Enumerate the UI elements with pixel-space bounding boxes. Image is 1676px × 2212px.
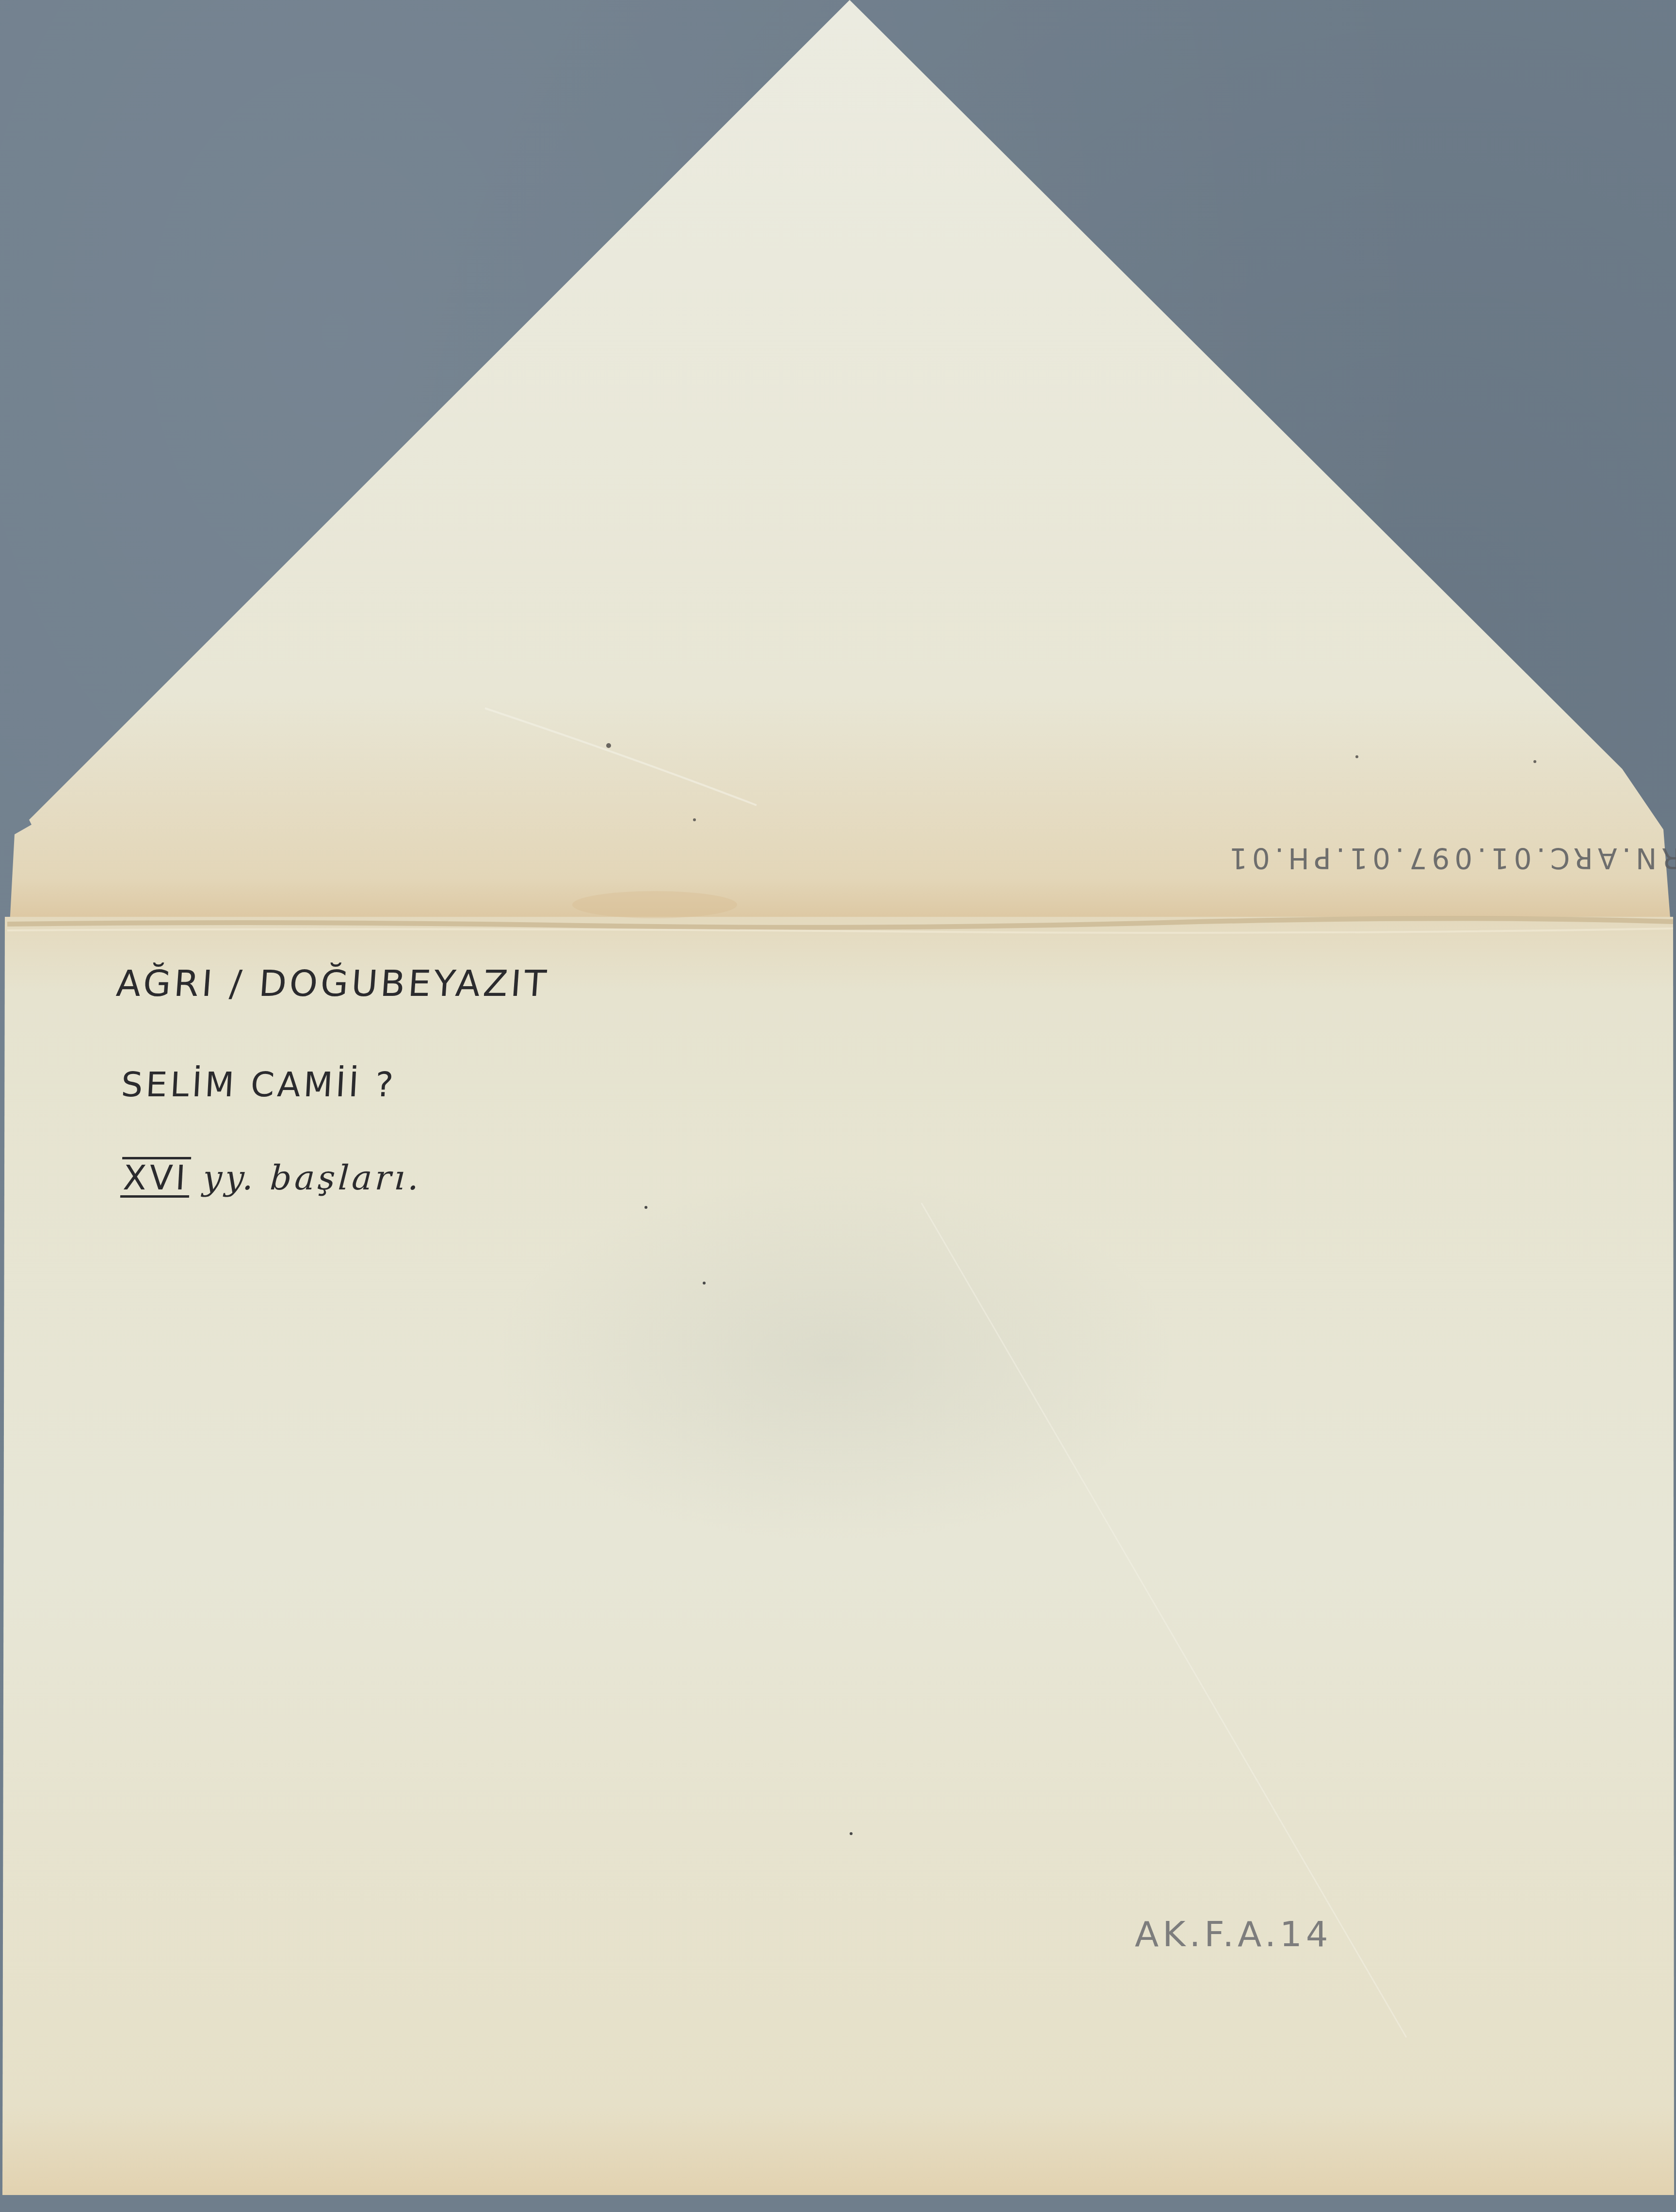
monument-note: SELİM CAMİİ ? [120,1065,397,1105]
location-note: AĞRI / DOĞUBEYAZIT [115,963,550,1005]
envelope-shape [0,0,1676,2212]
envelope: KRN.ARC.01.097.01.PH.01 AĞRI / DOĞUBEYAZ… [0,0,1676,2212]
dating-note: XVIyy. başları. [120,1157,423,1198]
catalog-code: AK.F.A.14 [1135,1914,1332,1954]
envelope-body [2,917,1674,2195]
dating-text: yy. başları. [202,1158,422,1198]
envelope-flap [10,0,1671,924]
dating-century: XVI [120,1157,192,1198]
archive-code: KRN.ARC.01.097.01.PH.01 [1225,842,1676,875]
stain [572,891,737,918]
